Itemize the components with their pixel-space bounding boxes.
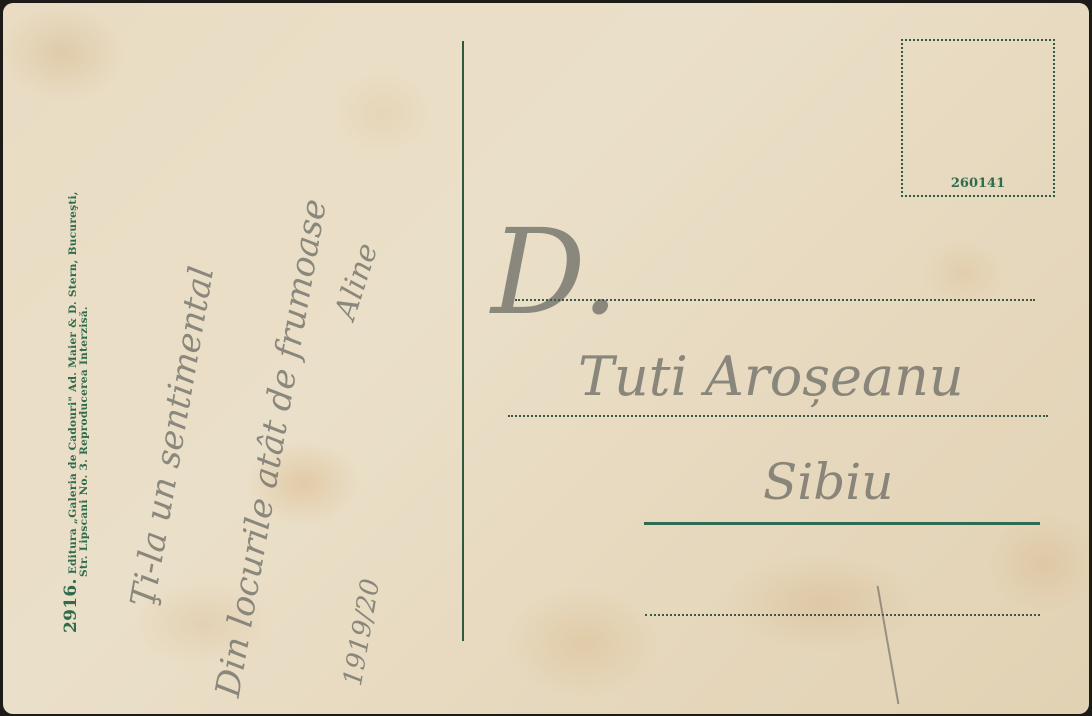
pencil-mark: [877, 586, 900, 705]
address-recipient: Tuti Aroșeanu: [578, 345, 964, 408]
address-line-3: [644, 522, 1040, 525]
address-line-1: [515, 299, 1035, 301]
center-divider: [462, 41, 464, 641]
address-salutation: D.: [491, 203, 619, 341]
publisher-line-2: Str. Lipscani No. 3. Reproducerea Interz…: [78, 306, 90, 577]
stamp-box: 260141: [901, 39, 1055, 197]
address-line-2: [508, 415, 1048, 417]
stamp-code: 260141: [903, 176, 1053, 191]
series-number: 2916.: [61, 578, 81, 633]
handwritten-message-line-1: Ţi-la un sentimental: [123, 264, 222, 610]
handwritten-date: 1919/20: [338, 577, 386, 689]
postcard-back: 2916. Editura „Galeria de Cadouri" Ad. M…: [3, 3, 1089, 714]
handwritten-signature: Aline: [328, 239, 385, 324]
address-line-4: [645, 614, 1040, 616]
handwritten-message-line-2: Din locurile atât de frumoase: [208, 196, 335, 700]
address-city: Sibiu: [763, 453, 893, 511]
